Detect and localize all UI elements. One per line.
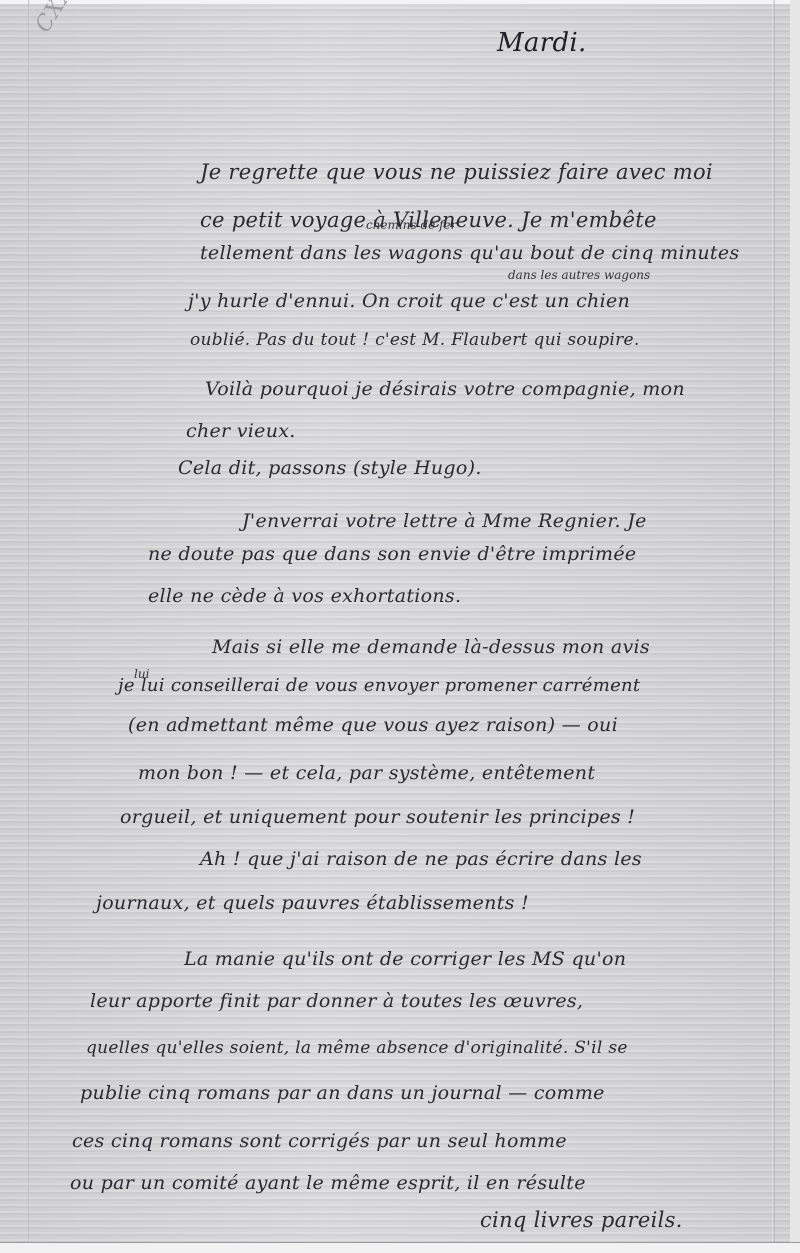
letter-line: elle ne cède à vos exhortations. (148, 585, 461, 607)
letter-heading-day: Mardi. (497, 28, 587, 58)
scan-top-margin (0, 0, 800, 4)
letter-line: La manie qu'ils ont de corriger les MS q… (184, 948, 626, 970)
letter-line: Ah ! que j'ai raison de ne pas écrire da… (200, 848, 642, 870)
interlinear-insertion: dans les autres wagons (508, 268, 650, 282)
letter-line: cher vieux. (186, 420, 296, 442)
letter-line: J'enverrai votre lettre à Mme Regnier. J… (242, 510, 647, 532)
scan-bottom-margin (0, 1242, 800, 1253)
letter-line: ne doute pas que dans son envie d'être i… (148, 543, 636, 565)
letter-line-closing: cinq livres pareils. (480, 1208, 683, 1232)
letter-line: j'y hurle d'ennui. On croit que c'est un… (188, 290, 630, 312)
letter-line: je lui conseillerai de vous envoyer prom… (118, 675, 640, 696)
letter-line: orgueil, et uniquement pour soutenir les… (120, 806, 635, 828)
paper-fold-right (772, 0, 775, 1243)
letter-line: mon bon ! — et cela, par système, entête… (138, 762, 595, 784)
letter-line: Je regrette que vous ne puissiez faire a… (200, 160, 713, 184)
letter-line: journaux, et quels pauvres établissement… (96, 892, 529, 914)
letter-line: (en admettant même que vous ayez raison)… (128, 714, 618, 736)
paper-fold-left (28, 0, 30, 1243)
paper-right-edge (790, 0, 800, 1243)
letter-line: oublié. Pas du tout ! c'est M. Flaubert … (190, 330, 640, 350)
letter-line: ou par un comité ayant le même esprit, i… (70, 1172, 586, 1194)
letter-line: publie cinq romans par an dans un journa… (80, 1082, 605, 1104)
letter-line: Cela dit, passons (style Hugo). (178, 457, 482, 479)
letter-line: Mais si elle me demande là-dessus mon av… (212, 636, 650, 658)
letter-line: quelles qu'elles soient, la même absence… (86, 1038, 628, 1058)
letter-line: Voilà pourquoi je désirais votre compagn… (205, 378, 685, 400)
catalog-mark: CXXX (31, 0, 88, 37)
letter-line: leur apporte finit par donner à toutes l… (90, 990, 583, 1012)
letter-line: ce petit voyage à Villeneuve. Je m'embêt… (200, 208, 657, 232)
letter-line: tellement dans les wagons qu'au bout de … (200, 242, 739, 264)
letter-line: ces cinq romans sont corrigés par un seu… (72, 1130, 567, 1152)
letter-page: CXXX Mardi. chemins de fer dans les autr… (0, 0, 800, 1253)
